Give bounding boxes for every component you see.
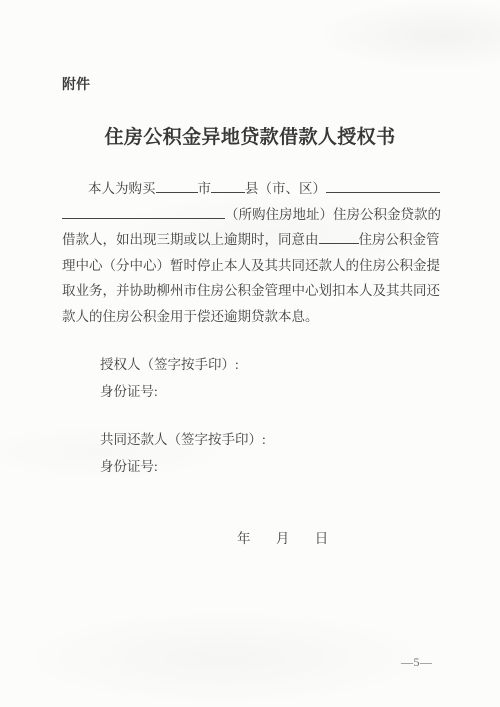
body-text: （所购住房地址）住房公积金贷款的 [225, 207, 441, 222]
body-text: 取业务，并协助柳州市住房公积金管理中心划扣本人及其共同还 [62, 283, 440, 298]
body-line: 取业务，并协助柳州市住房公积金管理中心划扣本人及其共同还 [62, 278, 444, 304]
document-page: 附件 住房公积金异地贷款借款人授权书 本人为购买市县（市、区）（所购住房地址）住… [0, 0, 500, 707]
body-text: 理中心（分中心）暂时停止本人及其共同还款人的住房公积金提 [62, 258, 440, 273]
document-body-paragraph: 本人为购买市县（市、区）（所购住房地址）住房公积金贷款的借款人，如出现三期或以上… [62, 176, 444, 329]
fill-in-blank [211, 179, 245, 194]
co-repayer-signature-block: 共同还款人（签字按手印）: 身份证号: [100, 426, 266, 480]
body-line: 理中心（分中心）暂时停止本人及其共同还款人的住房公积金提 [62, 253, 444, 279]
co-repayer-label: 共同还款人（签字按手印）: [100, 426, 266, 453]
body-line: 借款人，如出现三期或以上逾期时，同意由住房公积金管 [62, 227, 444, 253]
date-year-label: 年 [237, 531, 251, 546]
page-number: —5— [401, 655, 433, 670]
fill-in-blank [156, 179, 198, 194]
fill-in-blank [62, 204, 225, 219]
body-line: （所购住房地址）住房公积金贷款的 [62, 202, 444, 228]
body-line: 款人的住房公积金用于偿还逾期贷款本息。 [62, 304, 444, 330]
authorizer-label: 授权人（签字按手印）: [100, 351, 239, 378]
authorizer-signature-block: 授权人（签字按手印）: 身份证号: [100, 351, 239, 405]
body-line: 本人为购买市县（市、区） [62, 176, 444, 202]
date-line: 年 月 日 [237, 527, 328, 547]
body-text: 县（市、区） [245, 181, 326, 196]
co-repayer-id-label: 身份证号: [100, 453, 266, 480]
body-text: 借款人，如出现三期或以上逾期时，同意由 [62, 232, 319, 247]
fill-in-blank [319, 230, 359, 245]
body-text: 款人的住房公积金用于偿还逾期贷款本息。 [62, 309, 319, 324]
fill-in-blank [326, 179, 440, 194]
date-day-label: 日 [315, 531, 329, 546]
date-month-label: 月 [276, 531, 290, 546]
authorizer-id-label: 身份证号: [100, 378, 239, 405]
body-text: 市 [198, 181, 212, 196]
body-text: 本人为购买 [88, 181, 156, 196]
body-text: 住房公积金管 [359, 232, 440, 247]
document-title: 住房公积金异地贷款借款人授权书 [0, 122, 500, 149]
attachment-label: 附件 [62, 74, 90, 94]
